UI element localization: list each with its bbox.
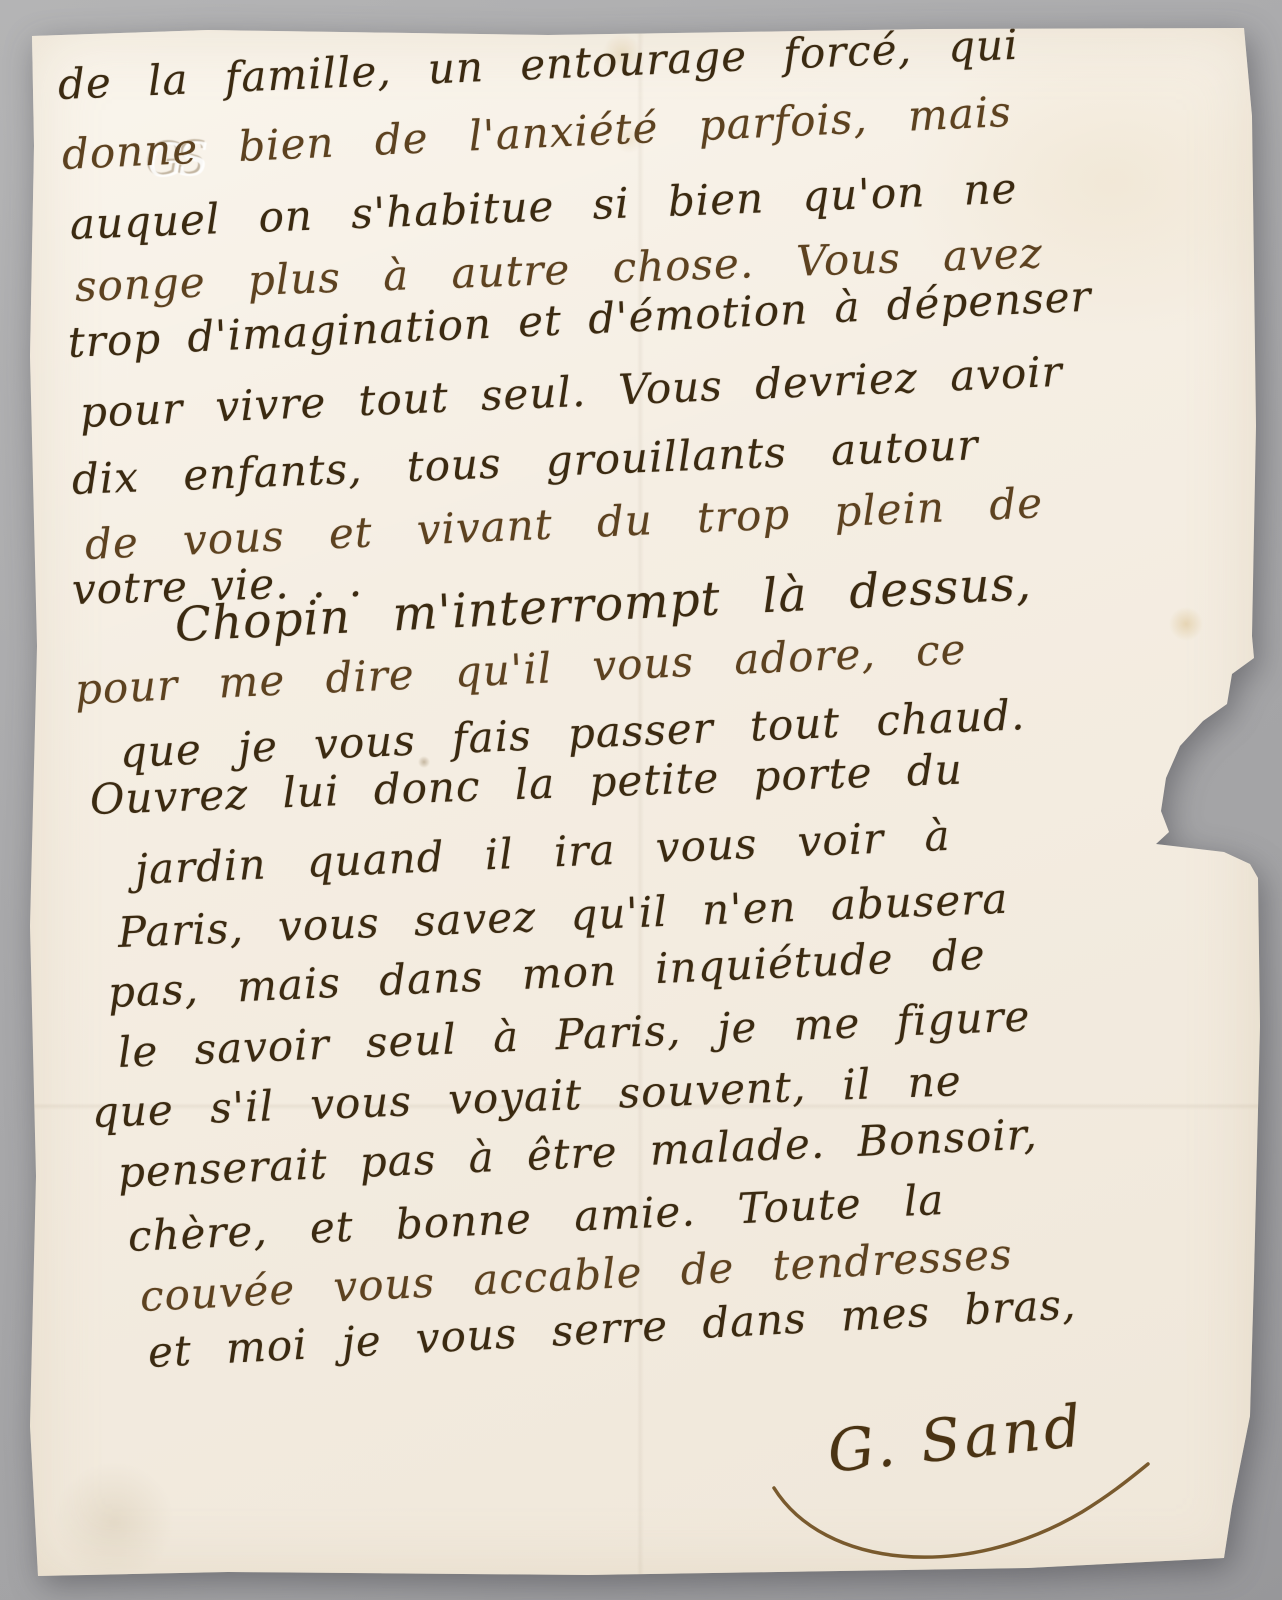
letter-page-wrap: GS de la famille, un entourage forcé, qu… (28, 26, 1260, 1582)
photo-background: GS de la famille, un entourage forcé, qu… (0, 0, 1282, 1600)
signature-flourish-icon (764, 1460, 1160, 1600)
letter-page: GS de la famille, un entourage forcé, qu… (28, 26, 1260, 1582)
